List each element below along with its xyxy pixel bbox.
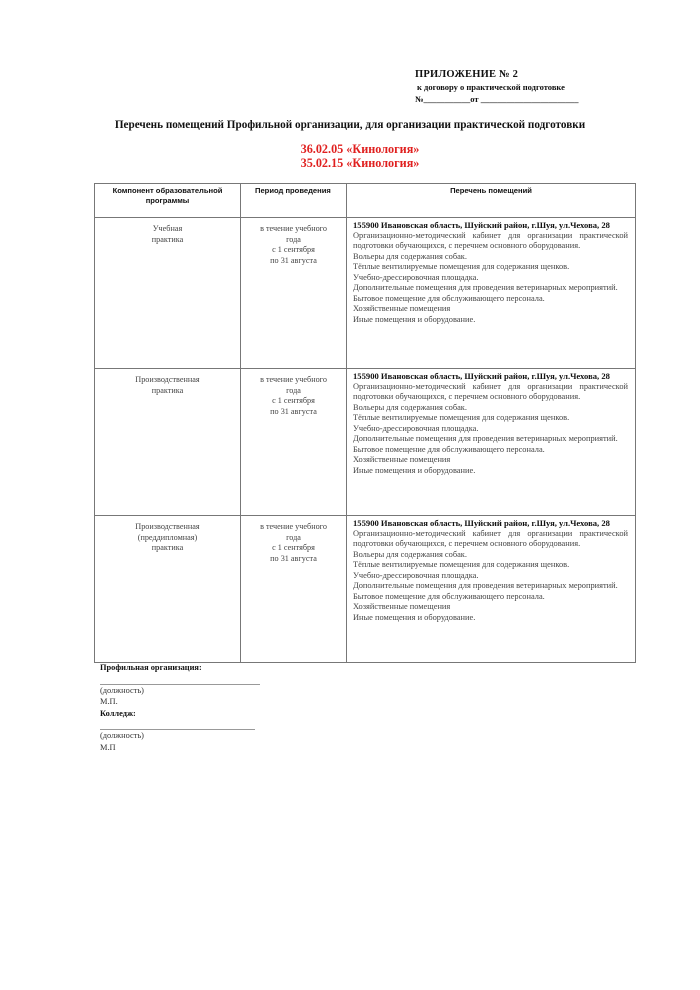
component-line: (преддипломная) <box>95 533 240 544</box>
appendix-title: ПРИЛОЖЕНИЕ № 2 <box>415 68 578 81</box>
premise-item: Дополнительные помещения для проведения … <box>353 283 628 294</box>
premise-item: Иные помещения и оборудование. <box>353 315 628 326</box>
period-line: в течение учебного <box>241 224 346 235</box>
component-line: практика <box>95 543 240 554</box>
period-line: в течение учебного <box>241 522 346 533</box>
premise-item: Дополнительные помещения для проведения … <box>353 434 628 445</box>
premise-item: Иные помещения и оборудование. <box>353 613 628 624</box>
specialty-2: 35.02.15 «Кинология» <box>0 156 700 170</box>
period-line: с 1 сентября <box>241 245 346 256</box>
premise-item: Бытовое помещение для обслуживающего пер… <box>353 445 628 456</box>
document-title: Перечень помещений Профильной организаци… <box>0 119 700 131</box>
period-line: по 31 августа <box>241 554 346 565</box>
component-line: Производственная <box>95 375 240 386</box>
component-cell: Производственная(преддипломная)практика <box>95 516 241 663</box>
component-line: Производственная <box>95 522 240 533</box>
org-signature-line <box>100 674 260 685</box>
premise-item: Организационно-методический кабинет для … <box>353 382 628 403</box>
address: 155900 Ивановская область, Шуйский район… <box>353 220 628 231</box>
period-line: года <box>241 533 346 544</box>
premise-item: Организационно-методический кабинет для … <box>353 529 628 550</box>
signatures-block: Профильная организация: (должность) М.П.… <box>100 662 260 753</box>
contract-number-line: №___________от _______________________ <box>415 93 578 105</box>
address: 155900 Ивановская область, Шуйский район… <box>353 518 628 529</box>
college-signature-line <box>100 719 255 730</box>
college-position: (должность) <box>100 730 260 742</box>
specialty-1: 36.02.05 «Кинология» <box>0 142 700 156</box>
premises-cell: 155900 Ивановская область, Шуйский район… <box>347 218 636 369</box>
premise-item: Дополнительные помещения для проведения … <box>353 581 628 592</box>
component-line: Учебная <box>95 224 240 235</box>
premises-cell: 155900 Ивановская область, Шуйский район… <box>347 516 636 663</box>
period-line: по 31 августа <box>241 256 346 267</box>
table-row: Учебнаяпрактикав течение учебногогодас 1… <box>95 218 636 369</box>
premises-cell: 155900 Ивановская область, Шуйский район… <box>347 369 636 516</box>
premise-item: Тёплые вентилируемые помещения для содер… <box>353 262 628 273</box>
period-line: с 1 сентября <box>241 543 346 554</box>
premises-table: Компонент образовательной программы Пери… <box>94 183 636 663</box>
premise-item: Учебно-дрессировочная площадка. <box>353 571 628 582</box>
premise-item: Хозяйственные помещения <box>353 304 628 315</box>
appendix-header: ПРИЛОЖЕНИЕ № 2 к договору о практической… <box>415 68 578 105</box>
premise-item: Хозяйственные помещения <box>353 455 628 466</box>
table-row: Производственная(преддипломная)практикав… <box>95 516 636 663</box>
header-component: Компонент образовательной программы <box>95 184 241 218</box>
component-line: практика <box>95 386 240 397</box>
premise-item: Организационно-методический кабинет для … <box>353 231 628 252</box>
specialties: 36.02.05 «Кинология» 35.02.15 «Кинология… <box>0 142 700 170</box>
period-cell: в течение учебногогодас 1 сентябряпо 31 … <box>241 516 347 663</box>
premise-item: Хозяйственные помещения <box>353 602 628 613</box>
premise-item: Вольеры для содержания собак. <box>353 252 628 263</box>
period-cell: в течение учебногогодас 1 сентябряпо 31 … <box>241 218 347 369</box>
org-position: (должность) <box>100 685 260 697</box>
premise-item: Вольеры для содержания собак. <box>353 550 628 561</box>
period-line: по 31 августа <box>241 407 346 418</box>
org-stamp: М.П. <box>100 696 260 708</box>
premise-item: Учебно-дрессировочная площадка. <box>353 273 628 284</box>
org-label: Профильная организация: <box>100 662 260 674</box>
period-line: года <box>241 386 346 397</box>
component-cell: Учебнаяпрактика <box>95 218 241 369</box>
premise-item: Иные помещения и оборудование. <box>353 466 628 477</box>
appendix-subtitle: к договору о практической подготовке <box>415 81 578 93</box>
premise-item: Тёплые вентилируемые помещения для содер… <box>353 413 628 424</box>
component-cell: Производственнаяпрактика <box>95 369 241 516</box>
college-stamp: М.П <box>100 742 260 754</box>
premise-item: Бытовое помещение для обслуживающего пер… <box>353 592 628 603</box>
period-cell: в течение учебногогодас 1 сентябряпо 31 … <box>241 369 347 516</box>
header-premises: Перечень помещений <box>347 184 636 218</box>
premise-item: Бытовое помещение для обслуживающего пер… <box>353 294 628 305</box>
table-header-row: Компонент образовательной программы Пери… <box>95 184 636 218</box>
address: 155900 Ивановская область, Шуйский район… <box>353 371 628 382</box>
period-line: в течение учебного <box>241 375 346 386</box>
period-line: года <box>241 235 346 246</box>
component-line: практика <box>95 235 240 246</box>
header-period: Период проведения <box>241 184 347 218</box>
premise-item: Вольеры для содержания собак. <box>353 403 628 414</box>
premise-item: Тёплые вентилируемые помещения для содер… <box>353 560 628 571</box>
college-label: Колледж: <box>100 708 260 720</box>
period-line: с 1 сентября <box>241 396 346 407</box>
premise-item: Учебно-дрессировочная площадка. <box>353 424 628 435</box>
table-row: Производственнаяпрактикав течение учебно… <box>95 369 636 516</box>
